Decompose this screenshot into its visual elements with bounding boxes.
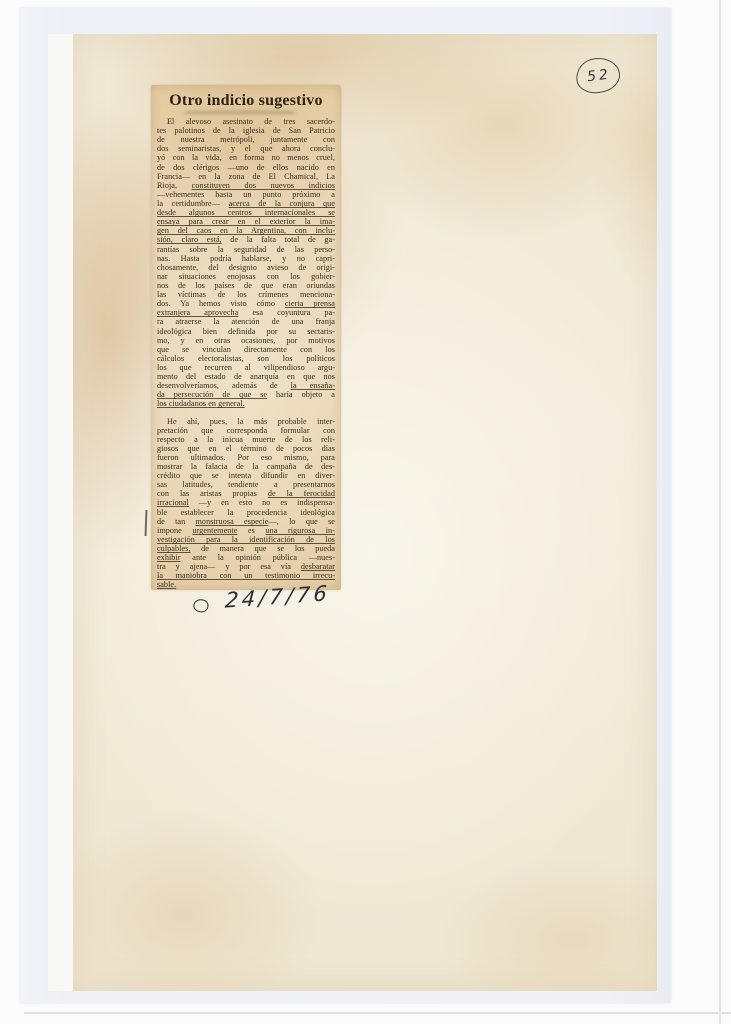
clipping-line: mento del estado de anarquía en que nos (157, 372, 335, 381)
clipping-line: irracional —y en esto no es indispensa- (157, 498, 335, 507)
clipping-line: gen del caos en la Argentina, con inclu- (157, 226, 335, 235)
clipping-line: impone urgentemente es una rigurosa in- (157, 526, 335, 535)
clipping-line: yó con la vida, en forma no menos cruel, (157, 153, 335, 162)
clipping-line: Francia— en la zona de El Chamical, La (157, 172, 335, 181)
clipping-line: de tan monstruosa especie—, lo que se (157, 517, 335, 526)
clipping-line: pretación que corresponda formular con (157, 426, 335, 435)
ink-smudge (185, 111, 295, 114)
clipping-line: mo, y en otras ocasiones, por motivos (157, 336, 335, 345)
clipping-line: tra y ajena— y por esa vía desbaratar (157, 562, 335, 571)
clipping-line: dos seminaristas, y el que ahora conclu- (157, 144, 335, 153)
clipping-line: los que recurren al vilipendioso argu- (157, 363, 335, 372)
clipping-line: la certidumbre— acerca de la conjura que (157, 199, 335, 208)
clipping-line: sas latitudes, tendiente a presentarnos (157, 480, 335, 489)
clipping-line: nas. Hasta podría hablarse, y no capri- (157, 254, 335, 263)
clipping-line: sión, claro está, de la falta total de g… (157, 235, 335, 244)
clipping-line: exhibir ante la opinión pública —nues- (157, 553, 335, 562)
clipping-line: culpables, de manera que se los pueda (157, 544, 335, 553)
clipping-line: desenvolveríamos, además de la ensaña- (157, 381, 335, 390)
circle-mark (192, 598, 209, 613)
clipping-headline: Otro indicio sugestivo (157, 91, 335, 110)
clipping-line: nar situaciones enojosas con los gobier- (157, 272, 335, 281)
clipping-line: la maniobra con un testimonio irrecu- (157, 571, 335, 580)
scan-edge-vertical (719, 0, 721, 1024)
scan-page: 52 Otro indicio sugestivo El alevoso ase… (0, 0, 731, 1024)
clipping-line: El alevoso asesinato de tres sacerdo- (157, 117, 335, 126)
clipping-line: ble establecer la procedencia ideológica (157, 508, 335, 517)
paper-edge-highlight (48, 34, 73, 991)
clipping-line: He ahí, pues, la más probable inter- (157, 417, 335, 426)
page-number: 52 (586, 66, 612, 85)
clipping-line: chosamente, del designio avieso de origi… (157, 263, 335, 272)
clipping-line: cálculos electoralistas, son los polític… (157, 354, 335, 363)
clipping-line: ra atraerse la atención de una franja (157, 317, 335, 326)
clipping-line: —vehementes hasta un punto próximo a (157, 190, 335, 199)
scan-edge-horizontal (24, 1012, 731, 1014)
clipping-line: nos de los países de que eran oriundas (157, 281, 335, 290)
clipping-paragraph: He ahí, pues, la más probable inter-pret… (157, 417, 335, 590)
clipping-line: las víctimas de los crímenes menciona- (157, 290, 335, 299)
clipping-line: de nuestra metrópoli, juntamente con (157, 135, 335, 144)
clipping-line: giosos que en el término de pocos días (157, 444, 335, 453)
clipping-line: dos. Ya hemos visto cómo cierta prensa (157, 299, 335, 308)
clipping-line: vestigación para la identificación de lo… (157, 535, 335, 544)
pen-mark (145, 510, 148, 536)
clipping-line: ensaya para crear en el exterior la ima- (157, 217, 335, 226)
clipping-line: Rioja, constituyen dos nuevos indicios (157, 181, 335, 190)
clipping-line: tes palotinos de la iglesia de San Patri… (157, 126, 335, 135)
aged-paper: 52 Otro indicio sugestivo El alevoso ase… (73, 34, 657, 991)
clipping-line: que se vinculan directamente con los (157, 345, 335, 354)
clipping-line: de dos clérigos —uno de ellos nacido en (157, 163, 335, 172)
clipping-line: desde algunos centros internacionales se (157, 208, 335, 217)
clipping-line: mostrar la falacia de la campaña de des- (157, 462, 335, 471)
page-number-badge: 52 (574, 55, 622, 95)
clipping-line: ideológica bien definida por su sectaris… (157, 327, 335, 336)
clipping-line: extranjera aprovecha esa coyuntura pa- (157, 308, 335, 317)
newspaper-clipping: Otro indicio sugestivo El alevoso asesin… (151, 85, 341, 590)
clipping-line: rantías sobre la seguridad de las perso- (157, 245, 335, 254)
clipping-article: El alevoso asesinato de tres sacerdo-tes… (157, 117, 335, 590)
clipping-line: fueron ultimados. Por eso mismo, para (157, 453, 335, 462)
clipping-line: con las aristas propias de la ferocidad (157, 489, 335, 498)
clipping-line: los ciudadanos en general. (157, 399, 335, 408)
clipping-line: crédito que se intenta difundir en diver… (157, 471, 335, 480)
clipping-paragraph: El alevoso asesinato de tres sacerdo-tes… (157, 117, 335, 409)
clipping-line: respecto a la inicua muerte de los reli- (157, 435, 335, 444)
clipping-line: da persecución de que se haría objeto a (157, 390, 335, 399)
